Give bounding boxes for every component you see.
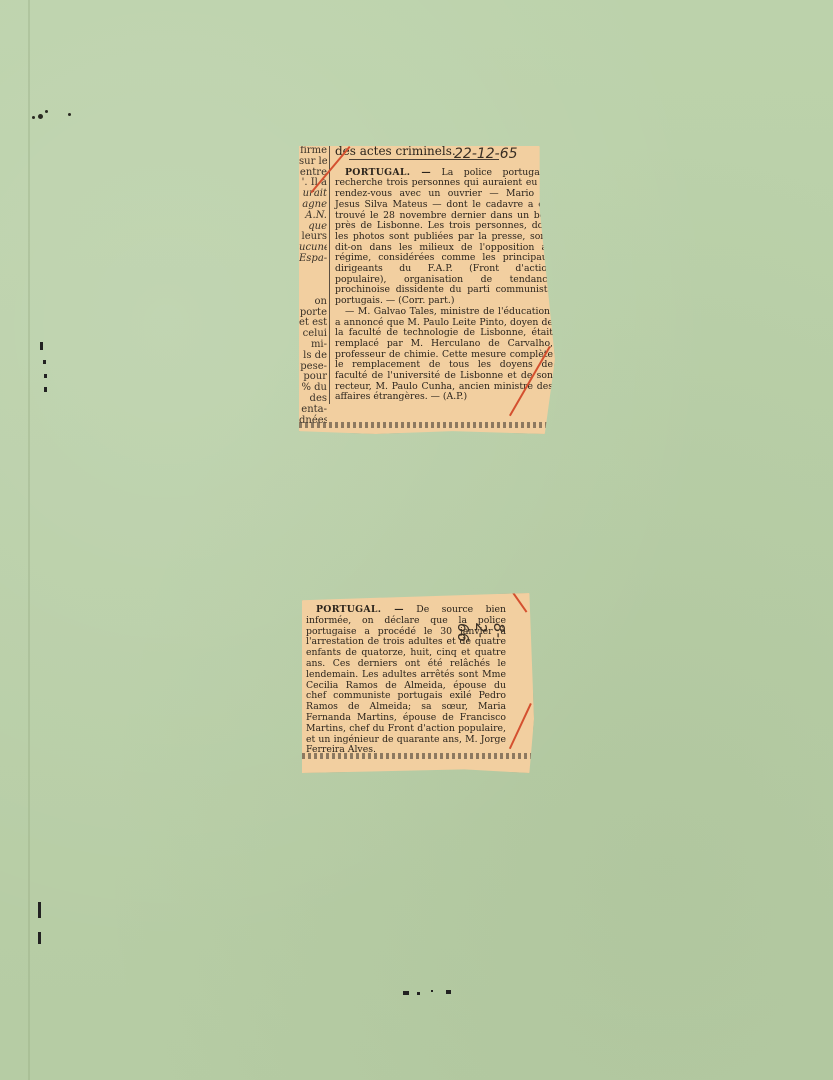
red-pencil-mark <box>509 703 531 749</box>
fragment-line: Espa- <box>299 254 327 265</box>
fragment-line: enta- <box>299 405 327 416</box>
newspaper-clipping-1: firme sur le entre '. Il a urait agne A.… <box>299 146 555 434</box>
binding-mark <box>44 374 47 378</box>
binding-mark <box>38 932 41 944</box>
binding-mark <box>38 902 41 918</box>
article-text: — M. Galvao Tales, ministre de l'éducati… <box>335 306 553 403</box>
binding-mark <box>446 990 451 994</box>
binding-mark <box>417 992 420 995</box>
handwritten-date: 22-12-65 <box>454 146 518 162</box>
red-pencil-mark <box>512 592 527 613</box>
handwritten-date: 8-2-66 <box>454 623 508 649</box>
ink-speck <box>32 116 35 119</box>
binding-mark <box>40 342 43 350</box>
ink-speck <box>68 113 71 116</box>
binding-mark <box>431 990 433 992</box>
fragment-line: ls de <box>299 351 327 362</box>
ink-speck <box>45 110 48 113</box>
column-rule <box>329 146 330 404</box>
binding-mark <box>43 360 46 364</box>
ink-speck <box>38 114 43 119</box>
binding-mark <box>403 991 409 995</box>
wavy-separator <box>302 753 534 759</box>
article-text: La police portugaise recherche trois per… <box>335 167 553 306</box>
previous-article-tail: des actes criminels. <box>335 146 553 157</box>
page-fold-line <box>28 0 30 1080</box>
newspaper-clipping-2: PORTUGAL. — De source bien informée, on … <box>302 593 534 773</box>
fragment-line: sur le <box>299 157 327 168</box>
article-headline: PORTUGAL. — <box>316 604 404 615</box>
fragment-line: on <box>299 297 327 308</box>
article-paragraph: — M. Galvao Tales, ministre de l'éducati… <box>335 307 553 403</box>
article-paragraph: PORTUGAL. — La police portugaise recherc… <box>335 168 553 307</box>
binding-mark <box>44 387 47 392</box>
fragment-line: A.N. <box>299 211 327 222</box>
wavy-separator <box>299 422 555 428</box>
article-body: des actes criminels. PORTUGAL. — La poli… <box>335 146 553 403</box>
article-headline: PORTUGAL. — <box>345 167 431 178</box>
